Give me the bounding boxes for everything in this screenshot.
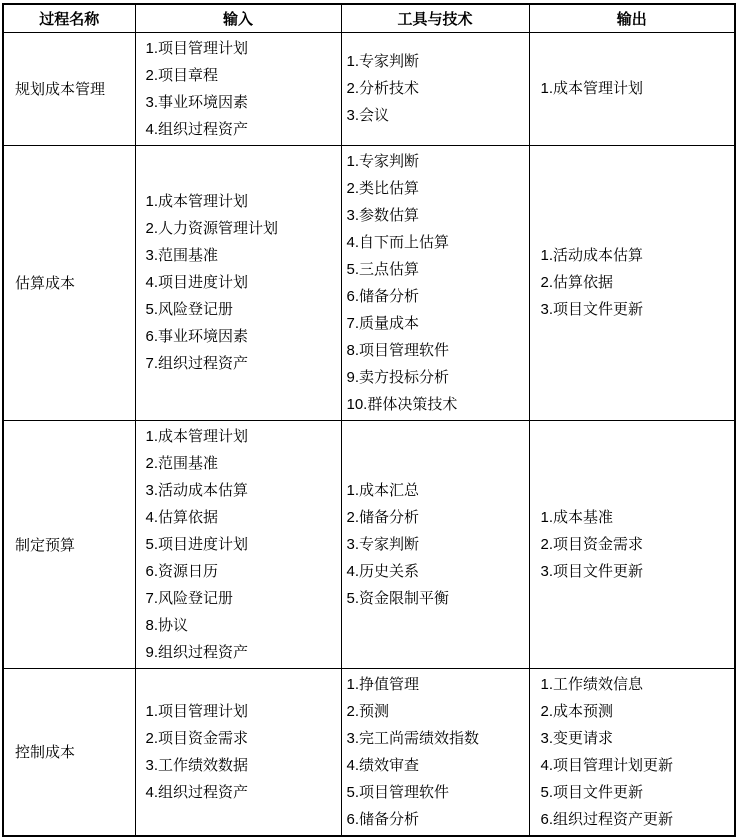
header-row: 过程名称 输入 工具与技术 输出: [3, 4, 735, 32]
header-tools-techniques: 工具与技术: [341, 4, 529, 32]
list-item: 9.组织过程资产: [146, 639, 340, 666]
process-name-cell: 制定预算: [3, 420, 135, 668]
table-row: 规划成本管理 1.项目管理计划2.项目章程3.事业环境因素4.组织过程资产 1.…: [3, 32, 735, 145]
table-row: 估算成本 1.成本管理计划2.人力资源管理计划3.范围基准4.项目进度计划5.风…: [3, 145, 735, 420]
list-item: 3.工作绩效数据: [146, 752, 340, 779]
tools-cell: 1.成本汇总2.储备分析3.专家判断4.历史关系5.资金限制平衡: [341, 420, 529, 668]
list-item: 1.专家判断: [347, 148, 528, 175]
inputs-cell: 1.项目管理计划2.项目章程3.事业环境因素4.组织过程资产: [135, 32, 341, 145]
list-item: 1.成本基准: [541, 504, 734, 531]
list-item: 6.储备分析: [347, 283, 528, 310]
list-item: 4.绩效审查: [347, 752, 528, 779]
tools-cell: 1.专家判断2.分析技术3.会议: [341, 32, 529, 145]
inputs-cell: 1.项目管理计划2.项目资金需求3.工作绩效数据4.组织过程资产: [135, 668, 341, 836]
list-item: 6.组织过程资产更新: [541, 806, 734, 833]
list-item: 8.协议: [146, 612, 340, 639]
list-item: 4.项目管理计划更新: [541, 752, 734, 779]
list-item: 6.资源日历: [146, 558, 340, 585]
table-row: 制定预算 1.成本管理计划2.范围基准3.活动成本估算4.估算依据5.项目进度计…: [3, 420, 735, 668]
list-item: 5.项目进度计划: [146, 531, 340, 558]
list-item: 3.参数估算: [347, 202, 528, 229]
cost-management-itto-table: 过程名称 输入 工具与技术 输出 规划成本管理 1.项目管理计划2.项目章程3.…: [2, 3, 736, 837]
page-background: 过程名称 输入 工具与技术 输出 规划成本管理 1.项目管理计划2.项目章程3.…: [0, 0, 737, 837]
list-item: 5.三点估算: [347, 256, 528, 283]
list-item: 4.项目进度计划: [146, 269, 340, 296]
list-item: 3.专家判断: [347, 531, 528, 558]
list-item: 1.成本管理计划: [146, 188, 340, 215]
inputs-cell: 1.成本管理计划2.范围基准3.活动成本估算4.估算依据5.项目进度计划6.资源…: [135, 420, 341, 668]
list-item: 3.变更请求: [541, 725, 734, 752]
list-item: 4.自下而上估算: [347, 229, 528, 256]
list-item: 4.组织过程资产: [146, 116, 340, 143]
list-item: 3.活动成本估算: [146, 477, 340, 504]
list-item: 5.项目管理软件: [347, 779, 528, 806]
list-item: 1.项目管理计划: [146, 698, 340, 725]
list-item: 4.组织过程资产: [146, 779, 340, 806]
process-name-cell: 控制成本: [3, 668, 135, 836]
list-item: 6.储备分析: [347, 806, 528, 833]
list-item: 3.事业环境因素: [146, 89, 340, 116]
list-item: 6.事业环境因素: [146, 323, 340, 350]
tools-cell: 1.挣值管理2.预测3.完工尚需绩效指数4.绩效审查5.项目管理软件6.储备分析: [341, 668, 529, 836]
list-item: 2.成本预测: [541, 698, 734, 725]
list-item: 8.项目管理软件: [347, 337, 528, 364]
list-item: 5.风险登记册: [146, 296, 340, 323]
list-item: 1.项目管理计划: [146, 35, 340, 62]
list-item: 1.成本汇总: [347, 477, 528, 504]
list-item: 2.分析技术: [347, 75, 528, 102]
list-item: 1.成本管理计划: [541, 75, 734, 102]
list-item: 9.卖方投标分析: [347, 364, 528, 391]
list-item: 2.预测: [347, 698, 528, 725]
list-item: 1.工作绩效信息: [541, 671, 734, 698]
list-item: 3.范围基准: [146, 242, 340, 269]
list-item: 7.风险登记册: [146, 585, 340, 612]
list-item: 7.组织过程资产: [146, 350, 340, 377]
list-item: 3.完工尚需绩效指数: [347, 725, 528, 752]
list-item: 2.项目资金需求: [541, 531, 734, 558]
list-item: 3.会议: [347, 102, 528, 129]
list-item: 2.项目章程: [146, 62, 340, 89]
list-item: 1.挣值管理: [347, 671, 528, 698]
outputs-cell: 1.工作绩效信息2.成本预测3.变更请求4.项目管理计划更新5.项目文件更新6.…: [529, 668, 735, 836]
list-item: 5.资金限制平衡: [347, 585, 528, 612]
list-item: 3.项目文件更新: [541, 558, 734, 585]
list-item: 5.项目文件更新: [541, 779, 734, 806]
list-item: 2.储备分析: [347, 504, 528, 531]
header-outputs: 输出: [529, 4, 735, 32]
list-item: 2.估算依据: [541, 269, 734, 296]
list-item: 2.范围基准: [146, 450, 340, 477]
outputs-cell: 1.活动成本估算2.估算依据3.项目文件更新: [529, 145, 735, 420]
list-item: 1.活动成本估算: [541, 242, 734, 269]
list-item: 2.人力资源管理计划: [146, 215, 340, 242]
table-row: 控制成本 1.项目管理计划2.项目资金需求3.工作绩效数据4.组织过程资产 1.…: [3, 668, 735, 836]
list-item: 2.类比估算: [347, 175, 528, 202]
process-name-cell: 估算成本: [3, 145, 135, 420]
outputs-cell: 1.成本管理计划: [529, 32, 735, 145]
tools-cell: 1.专家判断2.类比估算3.参数估算4.自下而上估算5.三点估算6.储备分析7.…: [341, 145, 529, 420]
list-item: 10.群体决策技术: [347, 391, 528, 418]
list-item: 7.质量成本: [347, 310, 528, 337]
list-item: 2.项目资金需求: [146, 725, 340, 752]
inputs-cell: 1.成本管理计划2.人力资源管理计划3.范围基准4.项目进度计划5.风险登记册6…: [135, 145, 341, 420]
list-item: 4.估算依据: [146, 504, 340, 531]
list-item: 3.项目文件更新: [541, 296, 734, 323]
list-item: 1.成本管理计划: [146, 423, 340, 450]
list-item: 1.专家判断: [347, 48, 528, 75]
outputs-cell: 1.成本基准2.项目资金需求3.项目文件更新: [529, 420, 735, 668]
header-process-name: 过程名称: [3, 4, 135, 32]
list-item: 4.历史关系: [347, 558, 528, 585]
header-inputs: 输入: [135, 4, 341, 32]
process-name-cell: 规划成本管理: [3, 32, 135, 145]
